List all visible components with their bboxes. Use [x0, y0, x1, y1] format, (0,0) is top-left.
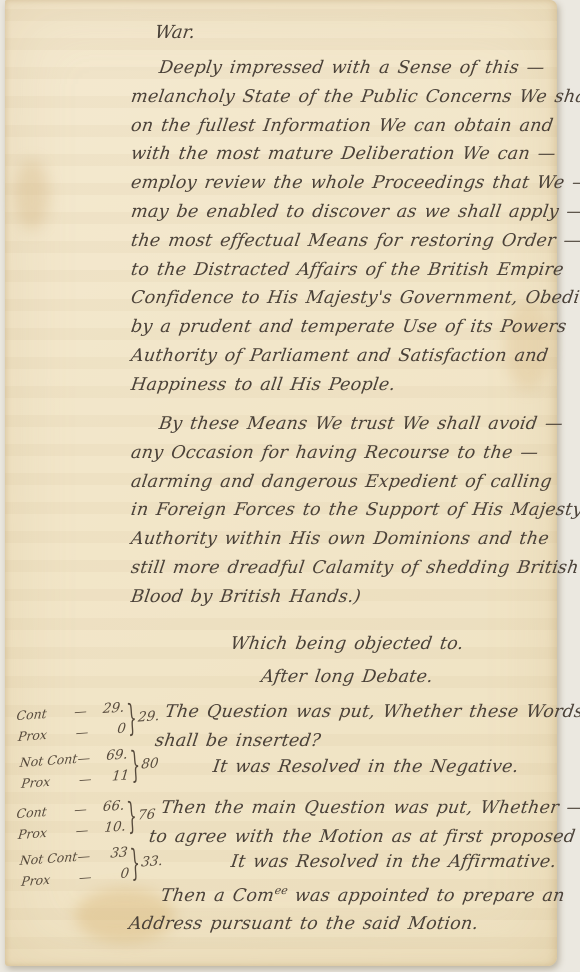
handwritten-line: shall be inserted?	[153, 727, 580, 756]
paragraph-2: By these Means We trust We shall avoid —…	[131, 410, 563, 612]
question-1: The Question was put, Whether these Word…	[155, 698, 580, 756]
handwritten-line: in Foreign Forces to the Support of His …	[129, 496, 565, 525]
resolution-affirmative: It was Resolved in the Affirmative.	[230, 852, 558, 872]
heading-war: War.	[154, 22, 197, 43]
vote-total: 33.	[140, 853, 163, 871]
handwritten-line: After long Debate.	[129, 661, 566, 694]
handwritten-line: with the most mature Deliberation We can…	[129, 140, 565, 169]
handwritten-line: any Occasion for having Recourse to the …	[129, 439, 565, 468]
resolution-negative: It was Resolved in the Negative.	[212, 757, 520, 777]
vote-label: Prox	[20, 769, 78, 794]
handwritten-line: by a prudent and temperate Use of its Po…	[129, 313, 565, 342]
vote-value: 10.	[89, 816, 127, 840]
paragraph-1: Deeply impressed with a Sense of this — …	[131, 54, 563, 400]
handwritten-line: on the fullest Information We can obtain…	[129, 112, 565, 141]
vote-tally-block-2: Cont — 66. Prox — 10. } 76 Not Cont — 33	[16, 793, 164, 897]
handwritten-line: melancholy State of the Public Concerns …	[129, 83, 565, 112]
vote-value: 69.	[91, 744, 129, 768]
vote-group: Cont — 66. Prox — 10. } 76	[16, 793, 161, 845]
committee-line: Then a Comee was appointed to prepare an	[159, 884, 566, 906]
handwritten-line: Deeply impressed with a Sense of this —	[129, 54, 565, 83]
vote-value: 0	[89, 718, 127, 742]
handwritten-line: By these Means We trust We shall avoid —	[129, 410, 565, 439]
paper-stain	[15, 160, 49, 230]
vote-value: 0	[92, 863, 130, 887]
committee-text-post: was appointed to prepare an	[286, 886, 566, 906]
centered-lines: Which being objected to. After long Deba…	[131, 628, 563, 694]
handwritten-line: to agree with the Motion as at first pro…	[147, 823, 580, 852]
brace-glyph: }	[126, 794, 139, 838]
vote-total: 80	[140, 755, 159, 772]
handwritten-line: still more dreadful Calamity of shedding…	[129, 554, 565, 583]
handwritten-line: to the Distracted Affairs of the British…	[129, 256, 565, 285]
vote-group: Not Cont — 33 Prox — 0 } 33.	[19, 840, 164, 892]
vote-value: 33	[91, 842, 129, 866]
handwritten-line: the most effectual Means for restoring O…	[129, 227, 565, 256]
handwritten-line: Happiness to all His People.	[129, 371, 565, 400]
handwritten-line: may be enabled to discover as we shall a…	[129, 198, 565, 227]
vote-value: 11	[92, 765, 130, 789]
address-line: Address pursuant to the said Motion.	[128, 914, 480, 934]
vote-value: 29.	[87, 697, 125, 721]
handwritten-line: Blood by British Hands.)	[129, 583, 565, 612]
question-2: Then the main Question was put, Whether …	[149, 794, 580, 852]
handwritten-line: Authority of Parliament and Satisfaction…	[129, 342, 565, 371]
vote-value: 66.	[87, 795, 125, 819]
brace-glyph: }	[129, 743, 142, 787]
vote-total: 29.	[137, 708, 160, 726]
vote-label: Prox	[17, 722, 75, 747]
handwritten-line: alarming and dangerous Expedient of call…	[129, 468, 565, 497]
handwritten-line: The Question was put, Whether these Word…	[153, 698, 580, 727]
vote-group: Not Cont — 69. Prox — 11 } 80	[19, 742, 164, 794]
manuscript-scan: { "colors": { "backdrop": "#ebe8e0", "pa…	[0, 0, 580, 972]
handwritten-line: Then the main Question was put, Whether …	[147, 794, 580, 823]
manuscript-page: War. Deeply impressed with a Sense of th…	[5, 0, 557, 966]
vote-label: Prox	[17, 820, 75, 845]
handwritten-line: Authority within His own Dominions and t…	[129, 525, 565, 554]
handwritten-line: Confidence to His Majesty's Government, …	[129, 284, 565, 313]
vote-group: Cont — 29. Prox — 0 } 29.	[16, 695, 161, 747]
handwritten-line: employ review the whole Proceedings that…	[129, 169, 565, 198]
vote-total: 76	[137, 806, 156, 823]
handwritten-line: Which being objected to.	[129, 628, 566, 661]
vote-label: Prox	[20, 867, 78, 892]
brace-glyph: }	[126, 696, 139, 740]
committee-text-pre: Then a Com	[159, 886, 275, 906]
brace-glyph: }	[129, 841, 142, 885]
vote-tally-block-1: Cont — 29. Prox — 0 } 29. Not Cont — 69.	[16, 695, 164, 799]
